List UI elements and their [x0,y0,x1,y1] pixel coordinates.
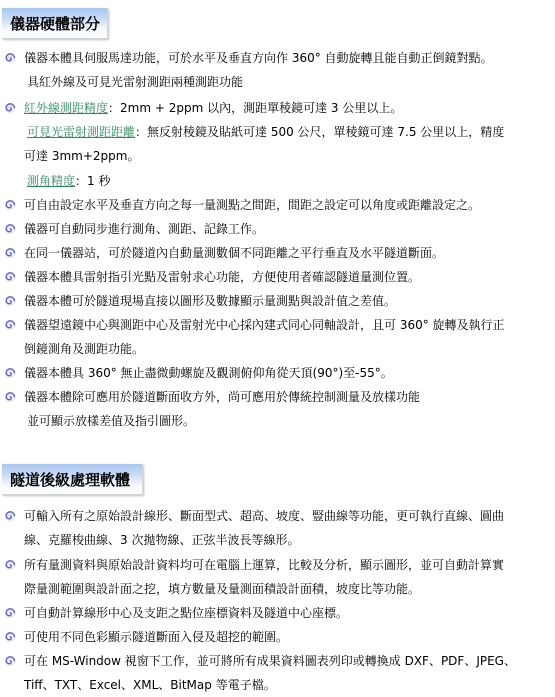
spiral-bullet-icon [4,559,16,571]
item-text: 線、克羅梭曲線、3 次拋物線、正弦半波長等線形。 [24,528,299,552]
spiral-bullet-icon [4,295,16,307]
item-text: 可自由設定水平及垂直方向之每一量測點之間距，間距之設定可以角度或距離設定之。 [24,193,480,217]
spiral-bullet-icon [4,52,16,64]
infrared-accuracy-link[interactable]: 紅外線測距精度 [24,101,108,115]
item-text: 在同一儀器站，可於隧道內自動量測數個不同距離之平行垂直及水平隧道斷面。 [24,241,444,265]
spiral-bullet-icon [4,199,16,211]
item-text: 儀器可自動同步進行測角、測距、記錄工作。 [24,217,264,241]
spiral-bullet-icon [4,655,16,667]
item-text: ：無反射稜鏡及貼紙可達 500 公尺，單稜鏡可達 7.5 公里以上，精度 [135,125,504,139]
spiral-bullet-icon [4,247,16,259]
item-text: 可在 MS-Window 視窗下工作，並可將所有成果資料圖表列印或轉換成 DXF… [24,649,516,673]
item-text: 所有量測資料與原始設計資料均可在電腦上運算，比較及分析，顯示圖形，並可自動計算實 [24,553,504,577]
spiral-bullet-icon [4,607,16,619]
item-text: 倒鏡測角及測距功能。 [24,337,144,361]
item-text: 可使用不同色彩顯示隧道斷面入侵及超挖的範圍。 [24,625,288,649]
item-text: 可輸入所有之原始設計線形、斷面型式、超高、坡度、豎曲線等功能，更可執行直線、圓曲 [24,504,504,528]
spiral-bullet-icon [4,367,16,379]
spiral-bullet-icon [4,319,16,331]
item-text: 可自動計算線形中心及支距之點位座標資料及隧道中心座標。 [24,601,348,625]
item-text: 儀器本體具 360° 無止盡微動螺旋及觀測俯仰角從天頂(90°)至-55°。 [24,361,393,385]
item-text: 儀器本體可於隧道現場直接以圖形及數據顯示量測點與設計值之差值。 [24,289,396,313]
section-header-hardware: 儀器硬體部分 [2,8,108,39]
spiral-bullet-icon [4,223,16,235]
item-text: 儀器望遠鏡中心與測距中心及雷射光中心採內建式同心同軸設計，且可 360° 旋轉及… [24,313,505,337]
item-text: 並可顯示放樣差值及指引圖形。 [27,409,195,433]
item-text: 儀器本體除可應用於隧道斷面收方外，尚可應用於傳統控制測量及放樣功能 [24,385,420,409]
section-title: 隧道後級處理軟體 [10,469,130,490]
section-header-software: 隧道後級處理軟體 [2,464,143,495]
item-text: 可達 3mm+2ppm。 [24,144,139,168]
spiral-bullet-icon [4,510,16,522]
item-text: 具紅外線及可見光雷射測距兩種測距功能 [27,70,243,94]
section-title: 儀器硬體部分 [10,13,100,34]
spiral-bullet-icon [4,631,16,643]
item-text: 際量測範圍與設計面之挖，填方數量及量測面積設計面積，坡度比等功能。 [24,577,420,601]
angle-accuracy-link[interactable]: 測角精度 [27,174,75,188]
item-text: 儀器本體具雷射指引光點及雷射求心功能，方便使用者確認隧道量測位置。 [24,265,420,289]
visible-laser-distance-link[interactable]: 可見光雷射測距距離 [27,125,135,139]
spiral-bullet-icon [4,271,16,283]
item-text: Tiff、TXT、Excel、XML、BitMap 等電子檔。 [24,673,276,697]
spiral-bullet-icon [4,102,16,114]
spiral-bullet-icon [4,391,16,403]
item-text: ：2mm + 2ppm 以內，測距單稜鏡可達 3 公里以上。 [108,101,402,115]
item-text: ：1 秒 [75,174,110,188]
item-text: 儀器本體具伺服馬達功能，可於水平及垂直方向作 360° 自動旋轉且能自動正倒鏡對… [24,46,493,70]
